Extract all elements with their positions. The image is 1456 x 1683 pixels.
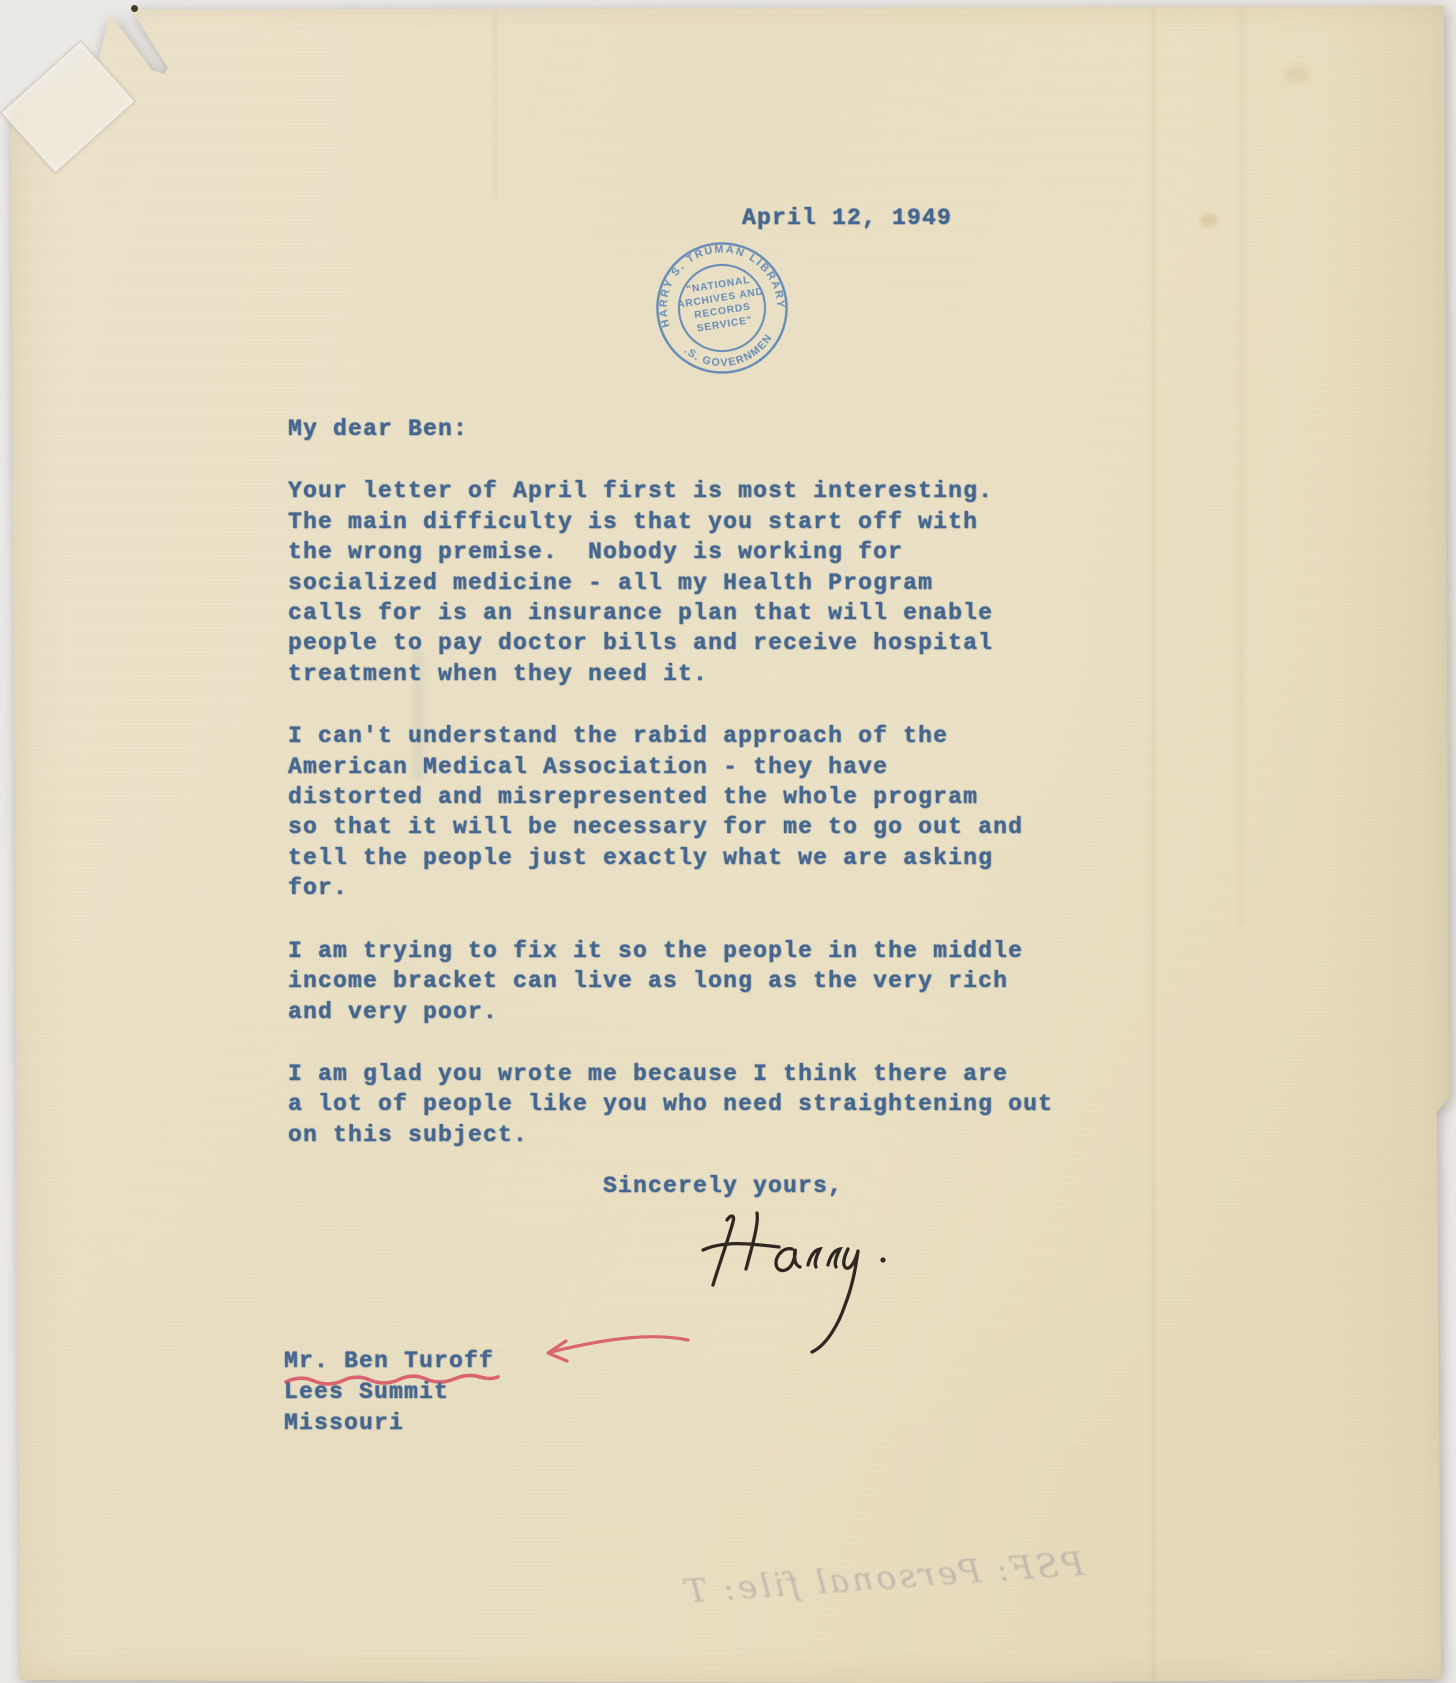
vertical-crease — [1152, 0, 1155, 1683]
paragraph-3: I am trying to fix it so the people in t… — [288, 936, 1078, 1027]
paragraph-4: I am glad you wrote me because I think t… — [288, 1059, 1078, 1150]
closing: Sincerely yours, — [603, 1171, 843, 1201]
recipient-state: Missouri — [284, 1408, 494, 1439]
paragraph-1: Your letter of April first is most inter… — [288, 476, 1078, 689]
recipient-city: Lees Summit — [284, 1377, 494, 1408]
paper-shadow: April 12, 1949 HARRY S. TRUMAN LIBRARY U… — [0, 0, 1456, 1683]
scanned-letter: April 12, 1949 HARRY S. TRUMAN LIBRARY U… — [0, 0, 1456, 1683]
paper-stain — [1200, 214, 1218, 227]
red-arrow — [548, 1337, 688, 1361]
signature-period — [880, 1257, 885, 1262]
letter-body: My dear Ben: Your letter of April first … — [288, 414, 1078, 1182]
recipient-block: Mr. Ben Turoff Lees Summit Missouri — [284, 1346, 494, 1439]
signature-stroke — [703, 1213, 858, 1352]
paper-stain — [1284, 66, 1310, 82]
salutation: My dear Ben: — [288, 414, 1078, 444]
staple-hole-dot — [131, 5, 138, 12]
letter-paper: April 12, 1949 HARRY S. TRUMAN LIBRARY U… — [0, 0, 1456, 1683]
vertical-crease — [1240, 0, 1244, 926]
vertical-crease — [494, 0, 497, 200]
signature-harry: Harry. — [695, 1205, 905, 1365]
paragraph-2: I can't understand the rabid approach of… — [288, 721, 1078, 903]
recipient-name: Mr. Ben Turoff — [284, 1346, 494, 1377]
signature-text: Harry. — [905, 1205, 906, 1206]
pencil-annotation: PSF: Personal file: T — [733, 1544, 1087, 1632]
archives-stamp: HARRY S. TRUMAN LIBRARY U.S. GOVERNMENT … — [628, 214, 816, 402]
